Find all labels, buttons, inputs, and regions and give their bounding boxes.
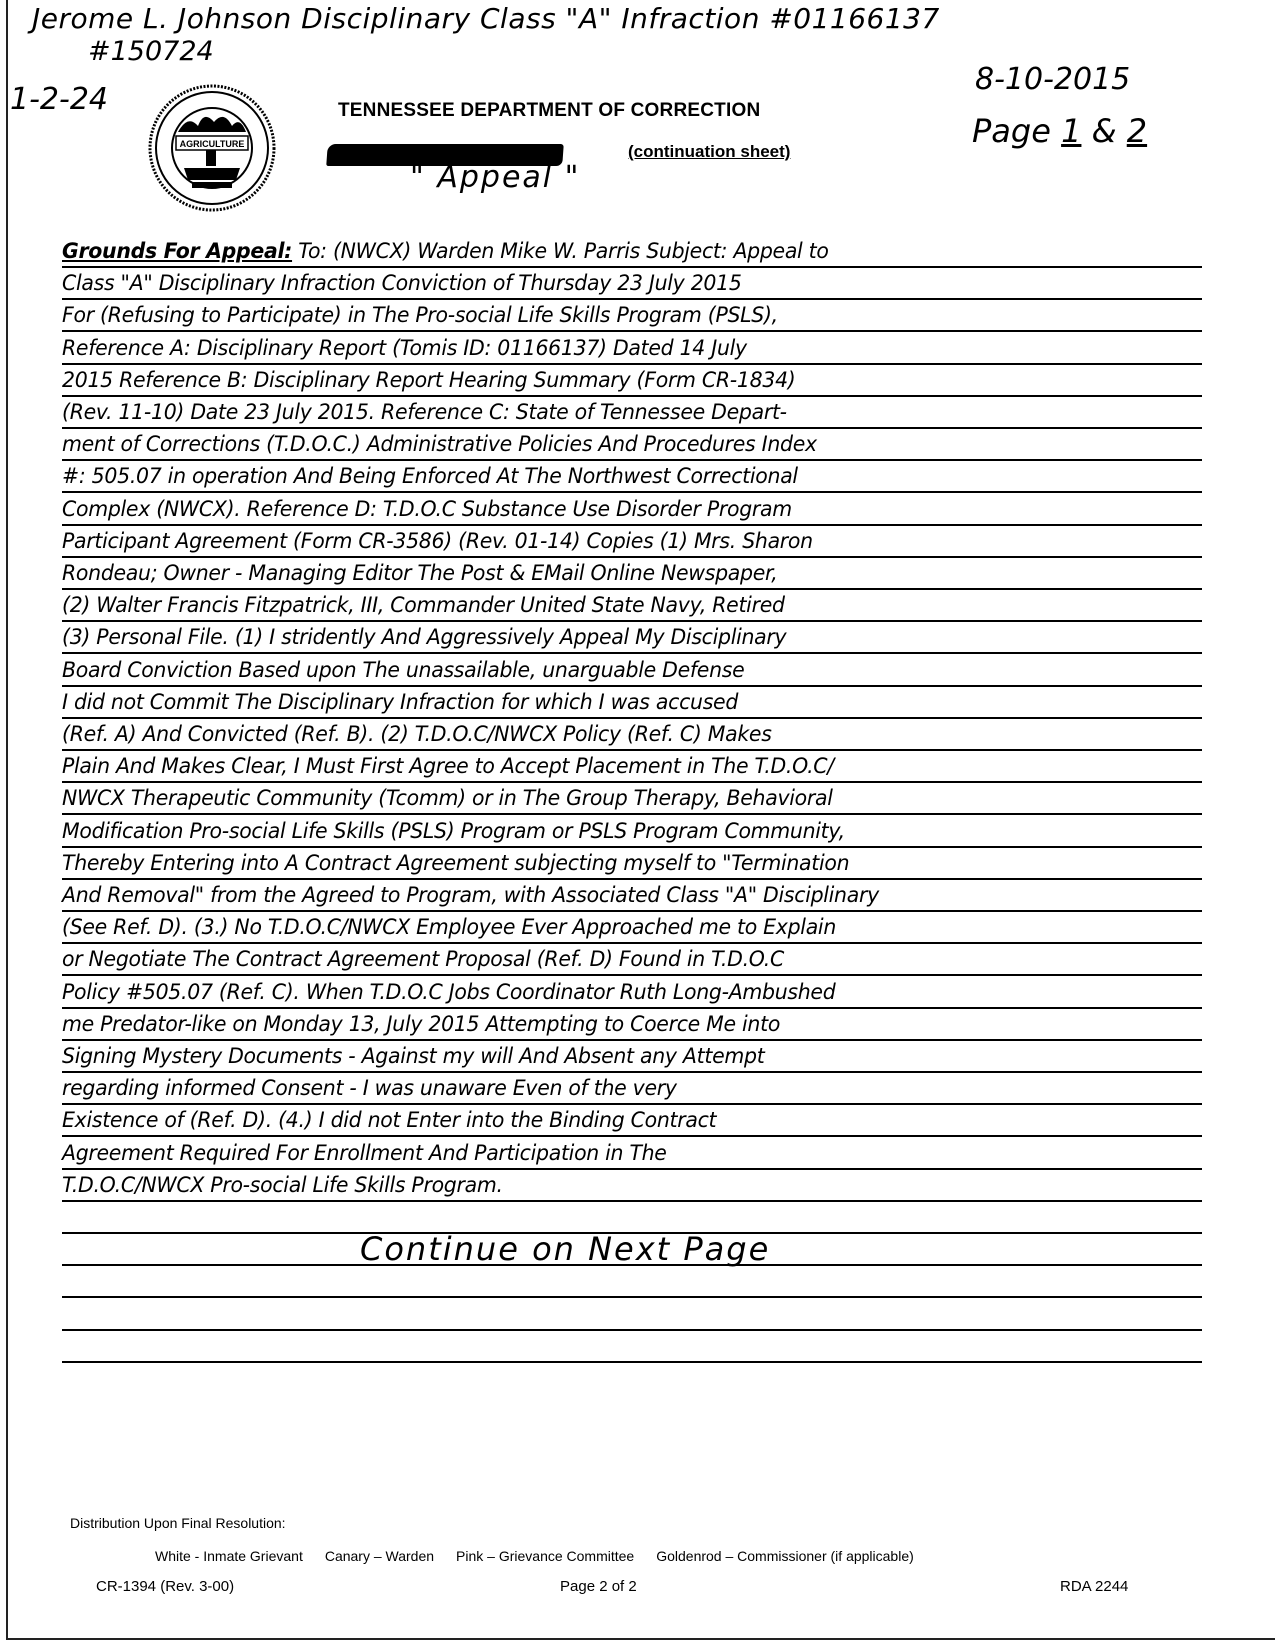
ruled-line: [62, 910, 1202, 912]
distribution-item: White - Inmate Grievant: [155, 1548, 303, 1564]
distribution-item: Canary – Warden: [325, 1548, 434, 1564]
ruled-line: [62, 1135, 1202, 1137]
handwritten-text-line: For (Refusing to Participate) in The Pro…: [62, 303, 1182, 327]
handwritten-text-line: Rondeau; Owner - Managing Editor The Pos…: [62, 561, 1182, 585]
handwritten-text-line: regarding informed Consent - I was unawa…: [62, 1076, 1182, 1100]
handwritten-text-line: 2015 Reference B: Disciplinary Report He…: [62, 368, 1182, 392]
page-edge-left: [6, 0, 8, 1640]
department-title: TENNESSEE DEPARTMENT OF CORRECTION: [338, 100, 760, 122]
ruled-line: [62, 1039, 1202, 1041]
ruled-line: [62, 298, 1202, 300]
page-note-prefix: Page: [972, 112, 1061, 150]
line-text: To: (NWCX) Warden Mike W. Parris Subject…: [292, 239, 829, 263]
handwritten-text-line: or Negotiate The Contract Agreement Prop…: [62, 947, 1182, 971]
handwritten-text-line: I did not Commit The Disciplinary Infrac…: [62, 690, 1182, 714]
handwritten-text-line: Agreement Required For Enrollment And Pa…: [62, 1141, 1182, 1165]
ruled-line: [62, 363, 1202, 365]
handwritten-inmate-number: #150724: [88, 36, 214, 67]
ruled-line: [62, 846, 1202, 848]
distribution-item: Pink – Grievance Committee: [456, 1548, 634, 1564]
handwritten-text-line: Plain And Makes Clear, I Must First Agre…: [62, 754, 1182, 778]
ruled-line: [62, 588, 1202, 590]
ruled-line: [62, 524, 1202, 526]
handwritten-text-line: Participant Agreement (Form CR-3586) (Re…: [62, 529, 1182, 553]
page-edge-bottom: [6, 1638, 1275, 1640]
distribution-label: Distribution Upon Final Resolution:: [70, 1515, 286, 1531]
page-indicator: Page 2 of 2: [560, 1578, 637, 1595]
handwritten-text-line: ment of Corrections (T.D.O.C.) Administr…: [62, 432, 1182, 456]
page-note-sep: &: [1081, 112, 1126, 150]
ruled-line: [62, 1296, 1202, 1298]
handwritten-date-right: 8-10-2015: [975, 62, 1130, 97]
svg-text:AGRICULTURE: AGRICULTURE: [180, 139, 245, 149]
page-note-a: 1: [1061, 112, 1081, 150]
continuation-sheet-label: (continuation sheet): [628, 142, 790, 162]
ruled-line: [62, 330, 1202, 332]
ruled-line: [62, 1168, 1202, 1170]
ruled-line: [62, 1200, 1202, 1202]
handwritten-text-line: Board Conviction Based upon The unassail…: [62, 658, 1182, 682]
handwritten-text-line: Complex (NWCX). Reference D: T.D.O.C Sub…: [62, 497, 1182, 521]
handwritten-text-line: (3) Personal File. (1) I stridently And …: [62, 625, 1182, 649]
handwritten-text-line: Modification Pro-social Life Skills (PSL…: [62, 819, 1182, 843]
distribution-item: Goldenrod – Commissioner (if applicable): [656, 1548, 914, 1564]
handwritten-text-line: (2) Walter Francis Fitzpatrick, III, Com…: [62, 593, 1182, 617]
page-note-b: 2: [1127, 112, 1147, 150]
handwritten-text-line: Class "A" Disciplinary Infraction Convic…: [62, 271, 1182, 295]
ruled-line: [62, 1007, 1202, 1009]
handwritten-text-line: And Removal" from the Agreed to Program,…: [62, 883, 1182, 907]
ruled-line: [62, 781, 1202, 783]
handwritten-text-line: (See Ref. D). (3.) No T.D.O.C/NWCX Emplo…: [62, 915, 1182, 939]
handwritten-date-left: 1-2-24: [10, 82, 108, 117]
ruled-line: [62, 556, 1202, 558]
handwritten-text-line: me Predator-like on Monday 13, July 2015…: [62, 1012, 1182, 1036]
distribution-list: White - Inmate Grievant Canary – Warden …: [155, 1548, 914, 1564]
ruled-line: [62, 878, 1202, 880]
tennessee-state-seal-icon: AGRICULTURE: [148, 84, 276, 212]
handwritten-text-line: Signing Mystery Documents - Against my w…: [62, 1044, 1182, 1068]
ruled-line: [62, 620, 1202, 622]
ruled-line: [62, 749, 1202, 751]
handwritten-inmate-name-and-infraction: Jerome L. Johnson Disciplinary Class "A"…: [32, 2, 940, 35]
ruled-line: [62, 652, 1202, 654]
continue-on-next-page-note: Continue on Next Page: [360, 1230, 770, 1268]
rda-code: RDA 2244: [1060, 1578, 1128, 1595]
handwritten-text-line: Policy #505.07 (Ref. C). When T.D.O.C Jo…: [62, 980, 1182, 1004]
ruled-line: [62, 974, 1202, 976]
ruled-line: [62, 459, 1202, 461]
form-number: CR-1394 (Rev. 3-00): [96, 1578, 234, 1595]
ruled-line: [62, 1361, 1202, 1363]
handwritten-text-line: (Ref. A) And Convicted (Ref. B). (2) T.D…: [62, 722, 1182, 746]
ruled-line: [62, 1071, 1202, 1073]
handwritten-text-line: Thereby Entering into A Contract Agreeme…: [62, 851, 1182, 875]
handwritten-text-line: Grounds For Appeal: To: (NWCX) Warden Mi…: [62, 239, 1182, 263]
ruled-line: [62, 717, 1202, 719]
handwritten-appeal-title: " Appeal ": [410, 160, 580, 195]
handwritten-text-line: NWCX Therapeutic Community (Tcomm) or in…: [62, 786, 1182, 810]
grounds-for-appeal-label: Grounds For Appeal:: [62, 239, 292, 263]
ruled-line: [62, 942, 1202, 944]
handwritten-text-line: (Rev. 11-10) Date 23 July 2015. Referenc…: [62, 400, 1182, 424]
ruled-line: [62, 813, 1202, 815]
ruled-line: [62, 395, 1202, 397]
ruled-line: [62, 1103, 1202, 1105]
ruled-line: [62, 491, 1202, 493]
ruled-line: [62, 1329, 1202, 1331]
ruled-line: [62, 427, 1202, 429]
handwritten-text-line: T.D.O.C/NWCX Pro-social Life Skills Prog…: [62, 1173, 1182, 1197]
handwritten-text-line: Existence of (Ref. D). (4.) I did not En…: [62, 1108, 1182, 1132]
handwritten-text-line: Reference A: Disciplinary Report (Tomis …: [62, 336, 1182, 360]
handwritten-text-line: #: 505.07 in operation And Being Enforce…: [62, 464, 1182, 488]
ruled-line: [62, 685, 1202, 687]
handwritten-page-note: Page 1 & 2: [972, 112, 1147, 150]
ruled-line: [62, 266, 1202, 268]
